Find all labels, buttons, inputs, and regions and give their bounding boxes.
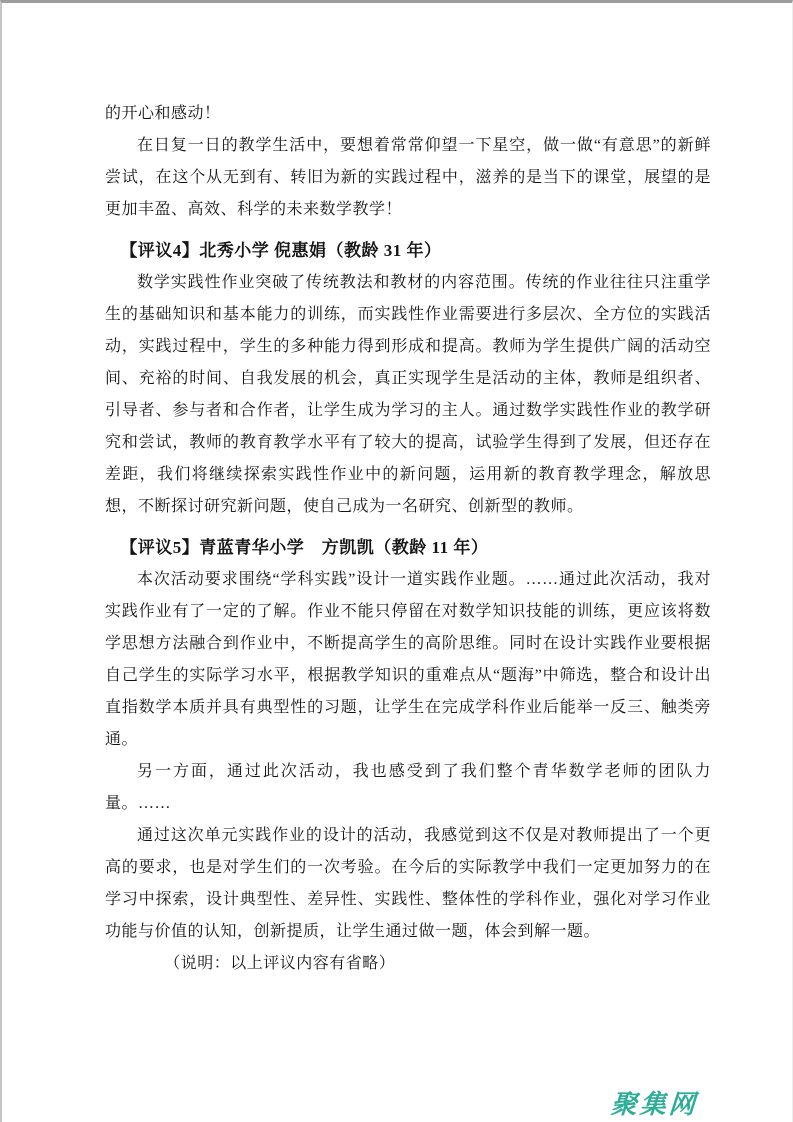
review-5-paragraph-2: 另一方面，通过此次活动，我也感受到了我们整个青华数学老师的团队力量。…… [105,756,711,820]
paragraph-continuation: 的开心和感动！ [105,98,711,130]
review-5-heading: 【评议5】青蓝青华小学 方凯凯（教龄 11 年） [105,532,711,564]
intro-paragraph: 在日复一日的教学生活中，要想着常常仰望一下星空，做一做“有意思”的新鲜尝试，在这… [105,130,711,226]
document-content: 的开心和感动！ 在日复一日的教学生活中，要想着常常仰望一下星空，做一做“有意思”… [105,98,711,980]
document-page: 的开心和感动！ 在日复一日的教学生活中，要想着常常仰望一下星空，做一做“有意思”… [0,0,793,1122]
omission-note: （说明：以上评议内容有省略） [105,948,711,980]
review-4-heading: 【评议4】北秀小学 倪惠娟（教龄 31 年） [105,235,711,267]
juji-wang-watermark: 聚集网 [610,1084,700,1121]
review-5-paragraph-1: 本次活动要求围绕“学科实践”设计一道实践作业题。……通过此次活动，我对实践作业有… [105,564,711,756]
review-5-paragraph-3: 通过这次单元实践作业的设计的活动，我感觉到这不仅是对教师提出了一个更高的要求，也… [105,820,711,948]
review-4-paragraph: 数学实践性作业突破了传统教法和教材的内容范围。传统的作业往往只注重学生的基础知识… [105,267,711,523]
